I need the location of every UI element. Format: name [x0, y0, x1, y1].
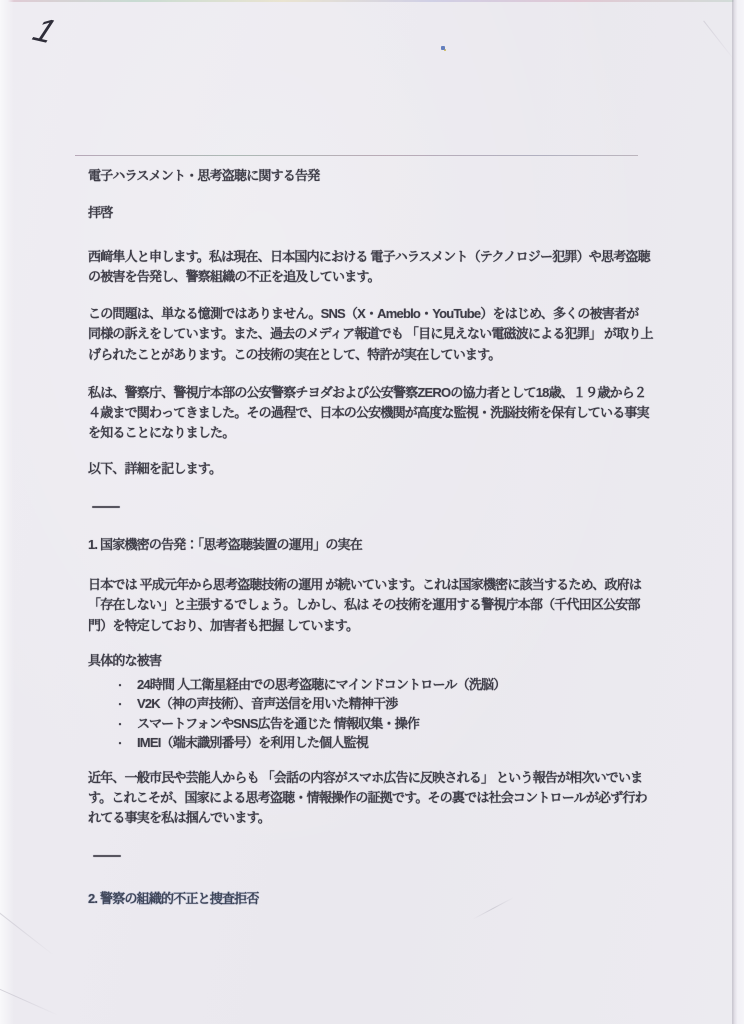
scanned-letter-page: 1 電子ハラスメント・思考盗聴に関する告発 拝啓 西﨑隼人と申します。私は現在、… [0, 0, 744, 1024]
scan-top-edge-artifact [0, 0, 744, 2]
paper-crease [703, 20, 735, 60]
bullet-item: ・ V2K（神の声技術）、音声送信を用いた精神干渉 [115, 696, 397, 713]
intro-paragraph-line: の被害を告発し、警察組織の不正を追及しています。 [88, 269, 380, 284]
bullet-text: V2K（神の声技術）、音声送信を用いた精神干渉 [137, 696, 397, 711]
section1-heading: 1. 国家機密の告発：「思考盗聴装置の運用」の実在 [88, 537, 362, 552]
damage-label: 具体的な被害 [88, 653, 161, 668]
problem-paragraph-line: げられたことがあります。この技術の実在として、特許が実在しています。 [88, 347, 500, 362]
salutation: 拝啓 [88, 205, 112, 220]
bullet-marker: ・ [115, 737, 137, 752]
background-paragraph-line: 私は、警察庁、警視庁本部の公安警察チヨダおよび公安警察ZEROの協力者として18… [88, 385, 646, 400]
top-rule-line [75, 155, 638, 156]
section1-body-line: 門）を特定しており、加害者も把握 しています。 [88, 618, 358, 633]
bullet-text: 24時間 人工衛星経由での思考盗聴にマインドコントロール（洗脳） [137, 677, 505, 692]
bullet-item: ・ IMEI（端末識別番号）を利用した個人監視 [115, 735, 368, 752]
ink-speck [441, 46, 445, 50]
paper-crease [472, 897, 513, 919]
evidence-paragraph-line: 近年、一般市民や芸能人からも 「会話の内容がスマホ広告に反映される」 という報告… [88, 770, 642, 785]
section1-body-line: 「存在しない」と主張するでしょう。しかし、私は その技術を運用する警視庁本部（千… [88, 597, 640, 612]
evidence-paragraph-line: す。これこそが、国家による思考盗聴・情報操作の証拠です。その裏では社会コントロー… [88, 790, 647, 805]
background-paragraph-line: を知ることになりました。 [88, 425, 234, 440]
document-title: 電子ハラスメント・思考盗聴に関する告発 [88, 168, 319, 183]
handwritten-page-number: 1 [28, 13, 60, 49]
scan-edge-left [0, 0, 14, 1024]
evidence-paragraph-line: れてる事実を私は掴んでいます。 [88, 810, 270, 825]
lead-line: 以下、詳細を記します。 [88, 461, 221, 476]
scan-edge-right [732, 0, 744, 1024]
problem-paragraph-line: 同様の訴えをしています。また、過去のメディア報道でも 「目に見えない電磁波による… [88, 326, 653, 341]
intro-paragraph-line: 西﨑隼人と申します。私は現在、日本国内における 電子ハラスメント（テクノロジー犯… [88, 249, 650, 264]
bullet-text: IMEI（端末識別番号）を利用した個人監視 [137, 735, 368, 750]
bullet-item: ・ 24時間 人工衛星経由での思考盗聴にマインドコントロール（洗脳） [115, 677, 505, 694]
section2-heading: 2. 警察の組織的不正と捜査拒否 [88, 891, 259, 906]
bullet-marker: ・ [115, 718, 137, 733]
section1-body-line: 日本では 平成元年から思考盗聴技術の運用 が続いています。これは国家機密に該当す… [88, 577, 641, 592]
separator-dash [92, 506, 120, 508]
separator-dash [93, 855, 121, 857]
bullet-item: ・ スマートフォンやSNS広告を通じた 情報収集・操作 [115, 716, 419, 733]
bullet-marker: ・ [115, 679, 137, 694]
bullet-text: スマートフォンやSNS広告を通じた 情報収集・操作 [137, 716, 419, 731]
problem-paragraph-line: この問題は、単なる憶測ではありません。SNS（X・Ameblo・YouTube）… [88, 306, 638, 321]
bullet-marker: ・ [115, 698, 137, 713]
background-paragraph-line: ４歳まで関わってきました。その過程で、日本の公安機関が高度な監視・洗脳技術を保有… [88, 405, 649, 420]
